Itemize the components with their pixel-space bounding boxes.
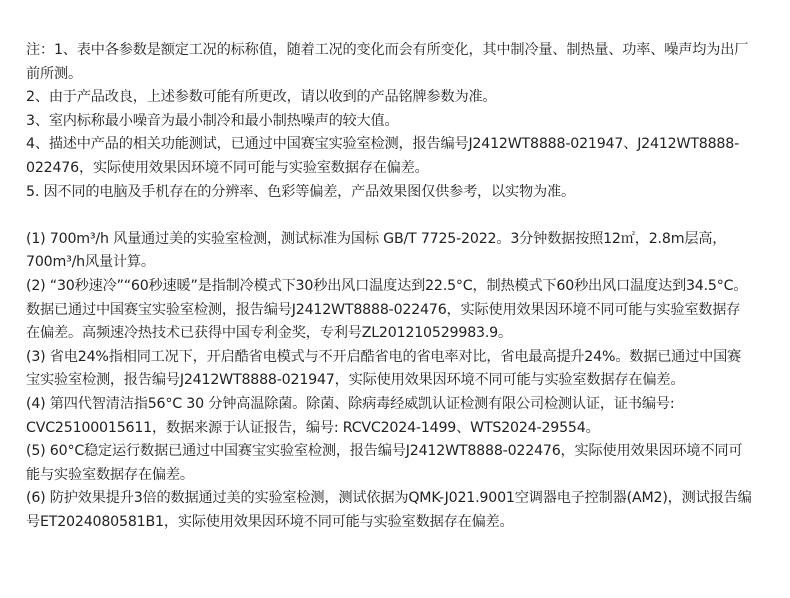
note-4: 4、描述中产品的相关功能测试，已通过中国赛宝实验室检测，报告编号J2412WT8… (26, 133, 754, 180)
footnote-3: (3) 省电24%指相同工况下，开启酷省电模式与不开启酷省电的省电率对比，省电最… (26, 346, 754, 393)
footnote-6: (6) 防护效果提升3倍的数据通过美的实验室检测，测试依据为QMK-J021.9… (26, 487, 754, 534)
footnote-1: (1) 700m³/h 风量通过美的实验室检测，测试标准为国标 GB/T 772… (26, 228, 754, 275)
note-5: 5. 因不同的电脑及手机存在的分辨率、色彩等偏差，产品效果图仅供参考，以实物为准… (26, 181, 754, 205)
note-3: 3、室内标称最小噪音为最小制冷和最小制热噪声的较大值。 (26, 110, 754, 134)
footnotes-section: (1) 700m³/h 风量通过美的实验室检测，测试标准为国标 GB/T 772… (26, 228, 754, 535)
footnote-5: (5) 60°C稳定运行数据已通过中国赛宝实验室检测，报告编号J2412WT88… (26, 440, 754, 487)
disclaimer-document: 注：1、表中各参数是额定工况的标称值，随着工况的变化而会有所变化，其中制冷量、制… (26, 39, 754, 534)
note-1: 注：1、表中各参数是额定工况的标称值，随着工况的变化而会有所变化，其中制冷量、制… (26, 39, 754, 86)
note-2: 2、由于产品改良，上述参数可能有所更改，请以收到的产品铭牌参数为准。 (26, 86, 754, 110)
section-divider (26, 204, 754, 228)
notes-section: 注：1、表中各参数是额定工况的标称值，随着工况的变化而会有所变化，其中制冷量、制… (26, 39, 754, 204)
footnote-2: (2) “30秒速冷”“60秒速暖”是指制冷模式下30秒出风口温度达到22.5°… (26, 275, 754, 346)
footnote-4: (4) 第四代智清洁指56°C 30 分钟高温除菌。除菌、除病毒经威凯认证检测有… (26, 393, 754, 440)
